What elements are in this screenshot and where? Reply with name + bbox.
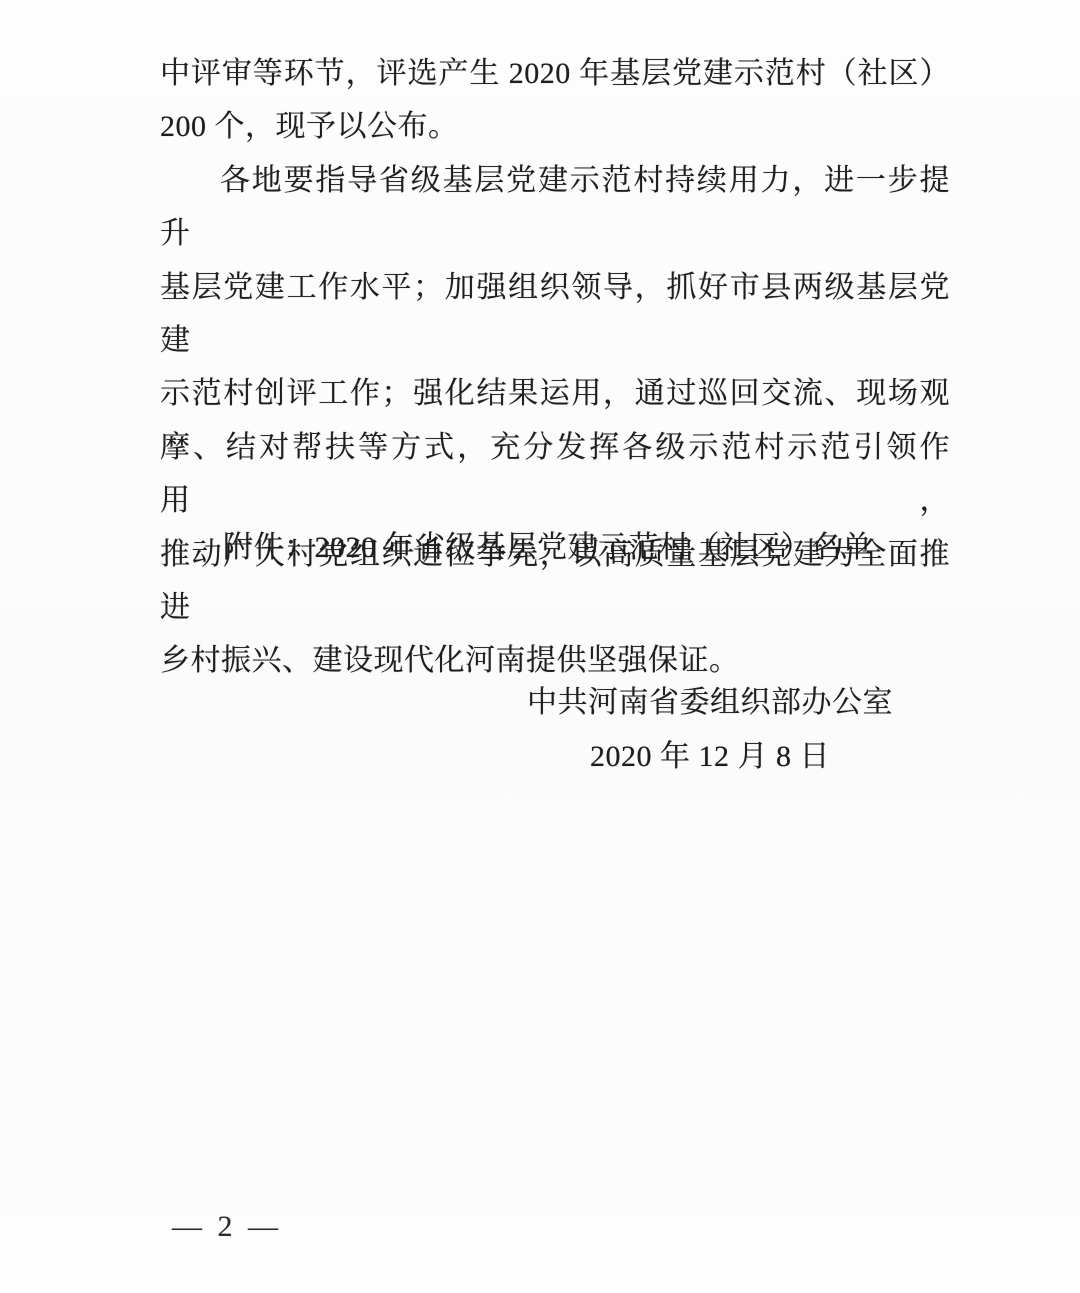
body-text: 中评审等环节，评选产生 2020 年基层党建示范村（社区） 200 个，现予以公… xyxy=(160,47,950,688)
signature-block: 中共河南省委组织部办公室 2020 年 12 月 8 日 xyxy=(342,676,1078,784)
signature-date: 2020 年 12 月 8 日 xyxy=(342,730,1078,784)
body-line: 中评审等环节，评选产生 2020 年基层党建示范村（社区） xyxy=(160,47,950,100)
body-line: 摩、结对帮扶等方式，充分发挥各级示范村示范引领作用， xyxy=(160,421,950,528)
signature-issuer: 中共河南省委组织部办公室 xyxy=(342,676,1078,730)
page-number: — 2 — xyxy=(172,1209,279,1245)
body-line: 各地要指导省级基层党建示范村持续用力，进一步提升 xyxy=(160,154,950,261)
attachment-reference-line: 附件：2020 年省级基层党建示范村（社区）名单 xyxy=(160,521,950,574)
scanned-document-page: 中评审等环节，评选产生 2020 年基层党建示范村（社区） 200 个，现予以公… xyxy=(0,0,1080,1293)
body-line: 基层党建工作水平；加强组织领导，抓好市县两级基层党建 xyxy=(160,261,950,368)
body-line: 200 个，现予以公布。 xyxy=(160,100,950,153)
body-line: 示范村创评工作；强化结果运用，通过巡回交流、现场观 xyxy=(160,367,950,420)
